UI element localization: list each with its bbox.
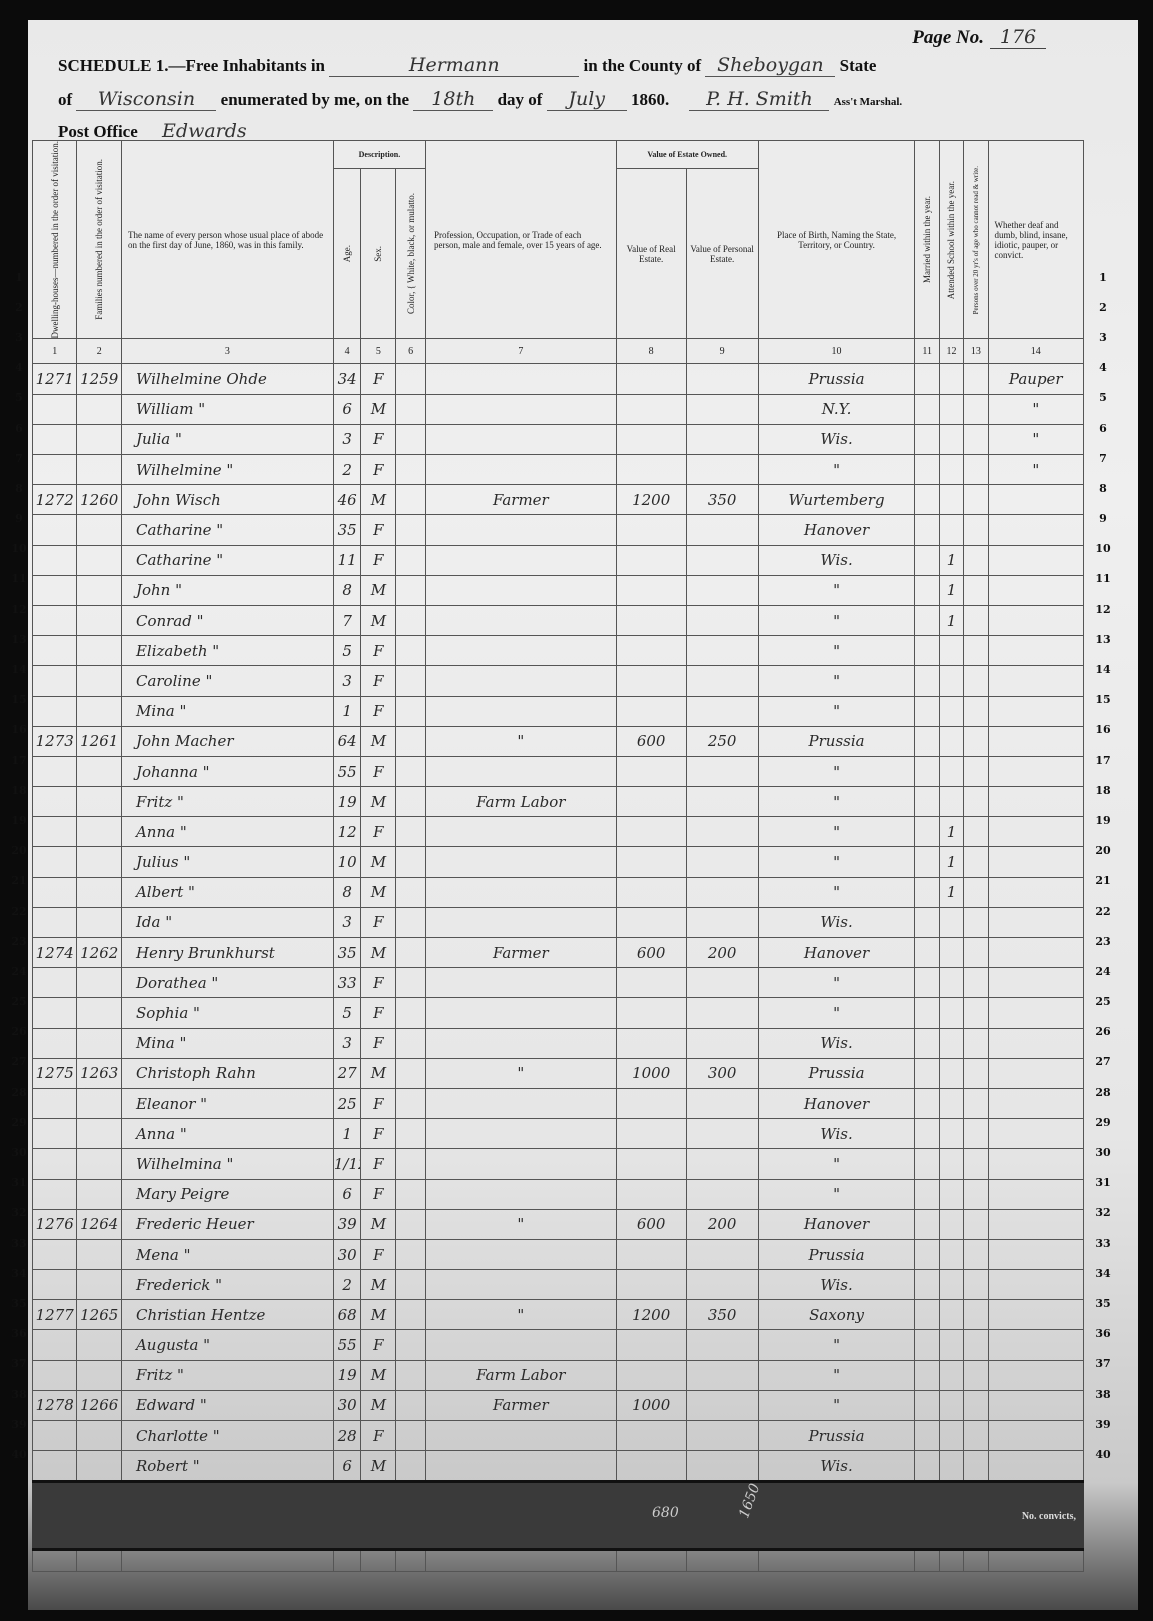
line-number: 32	[8, 1206, 30, 1219]
occupation-cell	[426, 1270, 617, 1300]
family-number: 1259	[77, 364, 121, 394]
illiterate-cell	[964, 1421, 988, 1451]
married-cell	[915, 364, 939, 394]
dwelling-number	[33, 515, 77, 545]
school-cell	[939, 1058, 963, 1088]
married-cell	[915, 455, 939, 485]
person-name: Sophia "	[121, 998, 333, 1028]
school-cell	[939, 1149, 963, 1179]
family-number	[77, 907, 121, 937]
footer-tally: 680	[652, 1505, 679, 1521]
personal-estate-cell	[686, 817, 758, 847]
col-number: 14	[988, 339, 1083, 364]
line-number: 26	[8, 1025, 30, 1038]
occupation-cell: "	[426, 1300, 617, 1330]
line-number: 9	[1090, 512, 1116, 525]
birthplace-cell: "	[758, 575, 915, 605]
birthplace-cell: "	[758, 968, 915, 998]
married-cell	[915, 1119, 939, 1149]
line-number: 24	[8, 965, 30, 978]
convicts-label: No. convicts,	[1022, 1511, 1076, 1522]
personal-estate-cell	[686, 605, 758, 635]
census-body: 12711259Wilhelmine Ohde34FPrussiaPauperW…	[33, 364, 1084, 1572]
school-cell	[939, 364, 963, 394]
col-real-estate-header: Value of Real Estate.	[616, 168, 686, 339]
family-number	[77, 1028, 121, 1058]
real-estate-cell	[616, 1119, 686, 1149]
person-name: Wilhelmina "	[121, 1149, 333, 1179]
real-estate-cell	[616, 545, 686, 575]
real-estate-cell: 1000	[616, 1058, 686, 1088]
school-cell	[939, 1421, 963, 1451]
line-number: 37	[8, 1357, 30, 1370]
illiterate-cell	[964, 1300, 988, 1330]
dwelling-number	[33, 1028, 77, 1058]
school-cell	[939, 424, 963, 454]
school-cell	[939, 636, 963, 666]
personal-estate-cell	[686, 575, 758, 605]
family-number	[77, 605, 121, 635]
birthplace-cell: Wis.	[758, 1451, 915, 1481]
col-number: 5	[361, 339, 396, 364]
family-number	[77, 756, 121, 786]
color-cell	[396, 455, 426, 485]
real-estate-cell	[616, 756, 686, 786]
dwelling-number: 1278	[33, 1390, 77, 1420]
day-of-label: day of	[498, 90, 543, 109]
condition-cell	[988, 938, 1083, 968]
marshal-label: Ass't Marshal.	[834, 96, 902, 108]
table-row: John "8M"1	[33, 575, 1084, 605]
person-name: Johanna "	[121, 756, 333, 786]
family-number	[77, 424, 121, 454]
age-cell: 64	[333, 726, 361, 756]
sex-cell: F	[361, 1088, 396, 1118]
birthplace-cell: "	[758, 605, 915, 635]
line-number: 30	[8, 1146, 30, 1159]
occupation-cell	[426, 968, 617, 998]
school-cell	[939, 938, 963, 968]
real-estate-cell: 600	[616, 726, 686, 756]
line-number: 10	[8, 542, 30, 555]
occupation-cell	[426, 455, 617, 485]
age-cell: 11	[333, 545, 361, 575]
personal-estate-cell	[686, 1088, 758, 1118]
sex-cell: M	[361, 1058, 396, 1088]
person-name: Catharine "	[121, 515, 333, 545]
real-estate-cell	[616, 1330, 686, 1360]
school-cell	[939, 787, 963, 817]
table-row: Albert "8M"1	[33, 877, 1084, 907]
occupation-cell	[426, 545, 617, 575]
dwelling-number	[33, 455, 77, 485]
occupation-cell	[426, 847, 617, 877]
personal-estate-cell	[686, 636, 758, 666]
color-cell	[396, 1088, 426, 1118]
condition-cell	[988, 877, 1083, 907]
sex-cell: M	[361, 1270, 396, 1300]
line-number: 29	[1090, 1116, 1116, 1129]
sex-cell: F	[361, 545, 396, 575]
family-number	[77, 394, 121, 424]
family-number	[77, 666, 121, 696]
sex-cell: F	[361, 1119, 396, 1149]
dwelling-number	[33, 1451, 77, 1481]
county-value: Sheboygan	[705, 54, 835, 77]
real-estate-cell	[616, 847, 686, 877]
line-number: 26	[1090, 1025, 1116, 1038]
personal-estate-cell	[686, 394, 758, 424]
married-cell	[915, 1451, 939, 1481]
sex-cell: F	[361, 515, 396, 545]
sex-cell: F	[361, 968, 396, 998]
personal-estate-cell	[686, 907, 758, 937]
occupation-cell	[426, 1119, 617, 1149]
illiterate-cell	[964, 455, 988, 485]
occupation-cell	[426, 1451, 617, 1481]
sex-cell: M	[361, 847, 396, 877]
school-cell: 1	[939, 847, 963, 877]
birthplace-cell: "	[758, 1179, 915, 1209]
condition-cell	[988, 1119, 1083, 1149]
dwelling-number	[33, 817, 77, 847]
age-cell: 3	[333, 666, 361, 696]
illiterate-cell	[964, 696, 988, 726]
condition-cell	[988, 1058, 1083, 1088]
occupation-cell	[426, 817, 617, 847]
personal-estate-cell	[686, 787, 758, 817]
age-cell: 10	[333, 847, 361, 877]
married-cell	[915, 938, 939, 968]
condition-cell	[988, 515, 1083, 545]
age-cell: 12	[333, 817, 361, 847]
personal-estate-cell	[686, 1421, 758, 1451]
illiterate-cell	[964, 968, 988, 998]
personal-estate-cell: 200	[686, 938, 758, 968]
family-number	[77, 847, 121, 877]
age-cell: 33	[333, 968, 361, 998]
table-row: 12731261John Macher64M"600250Prussia	[33, 726, 1084, 756]
school-cell	[939, 1330, 963, 1360]
illiterate-cell	[964, 1270, 988, 1300]
personal-estate-cell	[686, 877, 758, 907]
occupation-cell	[426, 1149, 617, 1179]
line-number: 19	[1090, 814, 1116, 827]
col-age-header: Age.	[333, 168, 361, 339]
dwelling-number	[33, 1239, 77, 1269]
family-number	[77, 1360, 121, 1390]
birthplace-cell: "	[758, 1390, 915, 1420]
color-cell	[396, 1421, 426, 1451]
age-cell: 68	[333, 1300, 361, 1330]
school-cell	[939, 394, 963, 424]
married-cell	[915, 545, 939, 575]
table-row: 12721260John Wisch46MFarmer1200350Wurtem…	[33, 485, 1084, 515]
dwelling-number	[33, 696, 77, 726]
sex-cell: M	[361, 877, 396, 907]
person-name: Edward "	[121, 1390, 333, 1420]
occupation-cell	[426, 1421, 617, 1451]
line-number: 16	[1090, 723, 1116, 736]
line-number: 22	[1090, 905, 1116, 918]
table-row: Julia "3FWis."	[33, 424, 1084, 454]
col-number: 4	[333, 339, 361, 364]
family-number	[77, 817, 121, 847]
age-cell: 28	[333, 1421, 361, 1451]
birthplace-cell: Hanover	[758, 1088, 915, 1118]
birthplace-cell: N.Y.	[758, 394, 915, 424]
color-cell	[396, 756, 426, 786]
birthplace-cell: Wis.	[758, 545, 915, 575]
age-cell: 5	[333, 636, 361, 666]
illiterate-cell	[964, 575, 988, 605]
illiterate-cell	[964, 485, 988, 515]
sex-cell: F	[361, 907, 396, 937]
state-value: Wisconsin	[76, 88, 216, 111]
sex-cell: M	[361, 1300, 396, 1330]
married-cell	[915, 1209, 939, 1239]
family-number	[77, 1119, 121, 1149]
color-cell	[396, 1390, 426, 1420]
color-cell	[396, 1058, 426, 1088]
col-number: 10	[758, 339, 915, 364]
occupation-cell	[426, 877, 617, 907]
line-number: 31	[8, 1176, 30, 1189]
table-row: 12781266Edward "30MFarmer1000"	[33, 1390, 1084, 1420]
real-estate-cell	[616, 515, 686, 545]
condition-cell	[988, 575, 1083, 605]
real-estate-cell: 1200	[616, 1300, 686, 1330]
line-number: 28	[1090, 1086, 1116, 1099]
real-estate-cell	[616, 575, 686, 605]
family-number	[77, 545, 121, 575]
married-cell	[915, 485, 939, 515]
occupation-cell	[426, 515, 617, 545]
township-value: Hermann	[329, 54, 579, 77]
personal-estate-cell	[686, 847, 758, 877]
school-cell	[939, 666, 963, 696]
line-number: 9	[8, 512, 30, 525]
married-cell	[915, 847, 939, 877]
illiterate-cell	[964, 877, 988, 907]
person-name: John Macher	[121, 726, 333, 756]
illiterate-cell	[964, 1058, 988, 1088]
table-row: Ida "3FWis.	[33, 907, 1084, 937]
color-cell	[396, 1149, 426, 1179]
condition-cell	[988, 1179, 1083, 1209]
month-value: July	[547, 88, 627, 111]
real-estate-cell	[616, 998, 686, 1028]
color-cell	[396, 968, 426, 998]
illiterate-cell	[964, 1119, 988, 1149]
age-cell: 30	[333, 1390, 361, 1420]
col-occupation-header: Profession, Occupation, or Trade of each…	[426, 141, 617, 339]
real-estate-cell: 1000	[616, 1390, 686, 1420]
age-cell: 35	[333, 515, 361, 545]
sex-cell: F	[361, 1149, 396, 1179]
line-number: 14	[8, 663, 30, 676]
dwelling-number: 1273	[33, 726, 77, 756]
occupation-cell: Farmer	[426, 938, 617, 968]
occupation-cell	[426, 1239, 617, 1269]
age-cell: 1/12	[333, 1149, 361, 1179]
occupation-cell	[426, 364, 617, 394]
occupation-cell: "	[426, 726, 617, 756]
real-estate-cell	[616, 666, 686, 696]
occupation-cell	[426, 424, 617, 454]
school-cell	[939, 1360, 963, 1390]
married-cell	[915, 696, 939, 726]
col-number: 3	[121, 339, 333, 364]
color-cell	[396, 1300, 426, 1330]
color-cell	[396, 394, 426, 424]
description-group-header: Description.	[333, 141, 425, 169]
birthplace-cell: "	[758, 1149, 915, 1179]
line-number: 17	[1090, 754, 1116, 767]
table-row: William "6MN.Y."	[33, 394, 1084, 424]
line-number: 36	[1090, 1327, 1116, 1340]
condition-cell	[988, 787, 1083, 817]
col-condition-header: Whether deaf and dumb, blind, insane, id…	[988, 141, 1083, 339]
col-number: 13	[964, 339, 988, 364]
post-office-label: Post Office	[58, 122, 138, 141]
header-line-2: of Wisconsin enumerated by me, on the 18…	[58, 88, 902, 111]
age-cell: 3	[333, 907, 361, 937]
birthplace-cell: "	[758, 817, 915, 847]
table-row: Charlotte "28FPrussia	[33, 1421, 1084, 1451]
color-cell	[396, 1209, 426, 1239]
school-cell: 1	[939, 817, 963, 847]
person-name: Wilhelmine "	[121, 455, 333, 485]
condition-cell	[988, 847, 1083, 877]
table-row: Elizabeth "5F"	[33, 636, 1084, 666]
color-cell	[396, 1270, 426, 1300]
illiterate-cell	[964, 364, 988, 394]
dwelling-number	[33, 877, 77, 907]
birthplace-cell: "	[758, 877, 915, 907]
school-cell	[939, 1179, 963, 1209]
family-number	[77, 1149, 121, 1179]
sex-cell: F	[361, 1179, 396, 1209]
personal-estate-cell	[686, 1149, 758, 1179]
age-cell: 2	[333, 1270, 361, 1300]
condition-cell	[988, 998, 1083, 1028]
line-number: 8	[1090, 482, 1116, 495]
line-number: 27	[8, 1055, 30, 1068]
married-cell	[915, 575, 939, 605]
line-number: 40	[1090, 1448, 1116, 1461]
line-number: 2	[1090, 301, 1116, 314]
illiterate-cell	[964, 1390, 988, 1420]
birthplace-cell: Wis.	[758, 424, 915, 454]
birthplace-cell: "	[758, 666, 915, 696]
married-cell	[915, 394, 939, 424]
line-number: 15	[1090, 693, 1116, 706]
married-cell	[915, 877, 939, 907]
age-cell: 2	[333, 455, 361, 485]
table-row: 12761264Frederic Heuer39M"600200Hanover	[33, 1209, 1084, 1239]
color-cell	[396, 1179, 426, 1209]
personal-estate-cell: 250	[686, 726, 758, 756]
table-row: Fritz "19MFarm Labor"	[33, 1360, 1084, 1390]
line-number: 32	[1090, 1206, 1116, 1219]
col-number: 1	[33, 339, 77, 364]
family-number	[77, 515, 121, 545]
family-number: 1260	[77, 485, 121, 515]
married-cell	[915, 1179, 939, 1209]
family-number	[77, 1239, 121, 1269]
line-number: 20	[1090, 844, 1116, 857]
birthplace-cell: "	[758, 696, 915, 726]
real-estate-cell	[616, 1451, 686, 1481]
occupation-cell	[426, 666, 617, 696]
line-number: 12	[1090, 603, 1116, 616]
family-number	[77, 1088, 121, 1118]
person-name: Christoph Rahn	[121, 1058, 333, 1088]
illiterate-cell	[964, 1149, 988, 1179]
table-row: 12751263Christoph Rahn27M"1000300Prussia	[33, 1058, 1084, 1088]
occupation-cell	[426, 998, 617, 1028]
illiterate-cell	[964, 424, 988, 454]
family-number: 1264	[77, 1209, 121, 1239]
illiterate-cell	[964, 817, 988, 847]
color-cell	[396, 575, 426, 605]
line-number: 7	[1090, 452, 1116, 465]
line-number: 18	[8, 784, 30, 797]
school-cell	[939, 696, 963, 726]
line-number: 38	[1090, 1388, 1116, 1401]
line-number: 5	[8, 391, 30, 404]
real-estate-cell	[616, 696, 686, 726]
occupation-cell	[426, 1330, 617, 1360]
col-name-header: The name of every person whose usual pla…	[121, 141, 333, 339]
real-estate-cell	[616, 605, 686, 635]
color-cell	[396, 696, 426, 726]
real-estate-cell: 600	[616, 1209, 686, 1239]
real-estate-cell	[616, 1360, 686, 1390]
family-number: 1262	[77, 938, 121, 968]
table-row: Catharine "35FHanover	[33, 515, 1084, 545]
line-number: 1	[8, 271, 30, 284]
school-cell	[939, 1088, 963, 1118]
person-name: Julia "	[121, 424, 333, 454]
condition-cell: Pauper	[988, 364, 1083, 394]
census-table: Dwelling-houses—numbered in the order of…	[32, 140, 1084, 1572]
table-row: 12771265Christian Hentze68M"1200350Saxon…	[33, 1300, 1084, 1330]
line-number: 14	[1090, 663, 1116, 676]
birthplace-cell: Prussia	[758, 1421, 915, 1451]
marshal-value: P. H. Smith	[689, 88, 829, 111]
line-number: 21	[8, 874, 30, 887]
occupation-cell	[426, 394, 617, 424]
line-number: 18	[1090, 784, 1116, 797]
family-number: 1265	[77, 1300, 121, 1330]
occupation-cell: Farmer	[426, 1390, 617, 1420]
color-cell	[396, 1119, 426, 1149]
birthplace-cell: Prussia	[758, 1239, 915, 1269]
family-number	[77, 696, 121, 726]
col-number: 11	[915, 339, 939, 364]
dwelling-number	[33, 424, 77, 454]
sex-cell: F	[361, 696, 396, 726]
personal-estate-cell	[686, 1028, 758, 1058]
condition-cell	[988, 696, 1083, 726]
real-estate-cell	[616, 455, 686, 485]
age-cell: 5	[333, 998, 361, 1028]
color-cell	[396, 1330, 426, 1360]
header-line-1: SCHEDULE 1.—Free Inhabitants in Hermann …	[58, 54, 876, 77]
personal-estate-cell	[686, 1179, 758, 1209]
